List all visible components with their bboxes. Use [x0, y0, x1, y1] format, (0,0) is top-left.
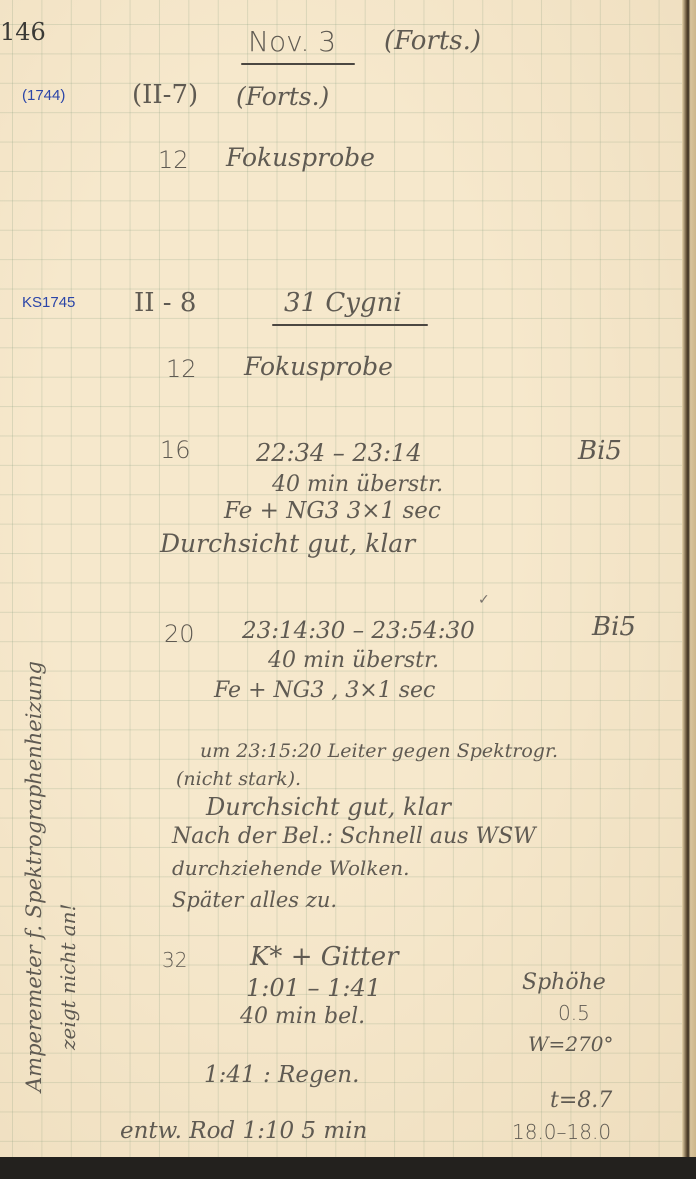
notebook-page: 146 Nov. 3 (Forts.) (1744) (II-7) (Forts…	[0, 0, 696, 1179]
line-text: Fokusprobe	[244, 354, 393, 379]
side-note-range: 18.0–18.0	[512, 1122, 611, 1142]
event-note: 1:41 : Regen.	[204, 1064, 359, 1087]
margin-label-1744: (1744)	[22, 88, 65, 103]
remark-line: um 23:15:20 Leiter gegen Spektrogr.	[200, 742, 558, 761]
exposure-time: 23:14:30 – 23:54:30	[242, 620, 475, 643]
exposure-title: K* + Gitter	[250, 944, 399, 970]
exposure-time: 1:01 – 1:41	[246, 976, 381, 1000]
remark-line: durchziehende Wolken.	[172, 858, 410, 878]
side-note-wind: W=270°	[528, 1034, 614, 1054]
exposure-number: 32	[162, 950, 187, 970]
line-number: 12	[158, 148, 189, 172]
heading-underline	[241, 63, 355, 65]
vertical-margin-note: Amperemeter f. Spektrographenheizung	[22, 661, 46, 1092]
exposure-duration: 40 min bel.	[240, 1006, 365, 1028]
plate-id: II - 8	[134, 290, 196, 316]
exposure-note: Durchsicht gut, klar	[160, 531, 415, 556]
plate-note: (Forts.)	[236, 84, 329, 109]
exposure-number: 20	[164, 622, 195, 646]
side-note-label: Sphöhe	[522, 972, 606, 994]
object-name: 31 Cygni	[284, 290, 402, 316]
remark-line: Später alles zu.	[172, 890, 337, 911]
plate-id: (II-7)	[132, 82, 198, 108]
check-mark-icon: ✓	[478, 592, 490, 608]
object-underline	[272, 324, 428, 326]
side-note-value: 0.5	[558, 1003, 590, 1023]
remark-line: Durchsicht gut, klar	[206, 795, 451, 819]
vertical-margin-note: zeigt nicht an!	[56, 903, 80, 1050]
remark-line: (nicht stark).	[176, 770, 301, 789]
exposure-note: Fe + NG3 , 3×1 sec	[214, 680, 435, 702]
page-number: 146	[0, 20, 46, 44]
exposure-note: Fe + NG3 3×1 sec	[224, 500, 441, 523]
exposure-time: 22:34 – 23:14	[256, 441, 422, 465]
margin-label-ks1745: KS1745	[22, 295, 75, 310]
side-note-temp: t=8.7	[550, 1090, 612, 1112]
heading-date: Nov. 3	[248, 28, 336, 56]
notebook-binding	[682, 0, 696, 1179]
exposure-note: 40 min überstr.	[268, 650, 439, 672]
page-bottom-edge	[0, 1157, 696, 1179]
footer-note: entw. Rod 1:10 5 min	[120, 1120, 367, 1143]
exposure-number: 16	[160, 438, 191, 462]
remark-line: Nach der Bel.: Schnell aus WSW	[172, 826, 536, 848]
heading-continued: (Forts.)	[384, 28, 481, 54]
plate-type: Bi5	[578, 438, 622, 464]
line-number: 12	[166, 357, 197, 381]
line-text: Fokusprobe	[226, 145, 375, 170]
plate-type: Bi5	[592, 614, 636, 640]
exposure-note: 40 min überstr.	[272, 474, 443, 496]
